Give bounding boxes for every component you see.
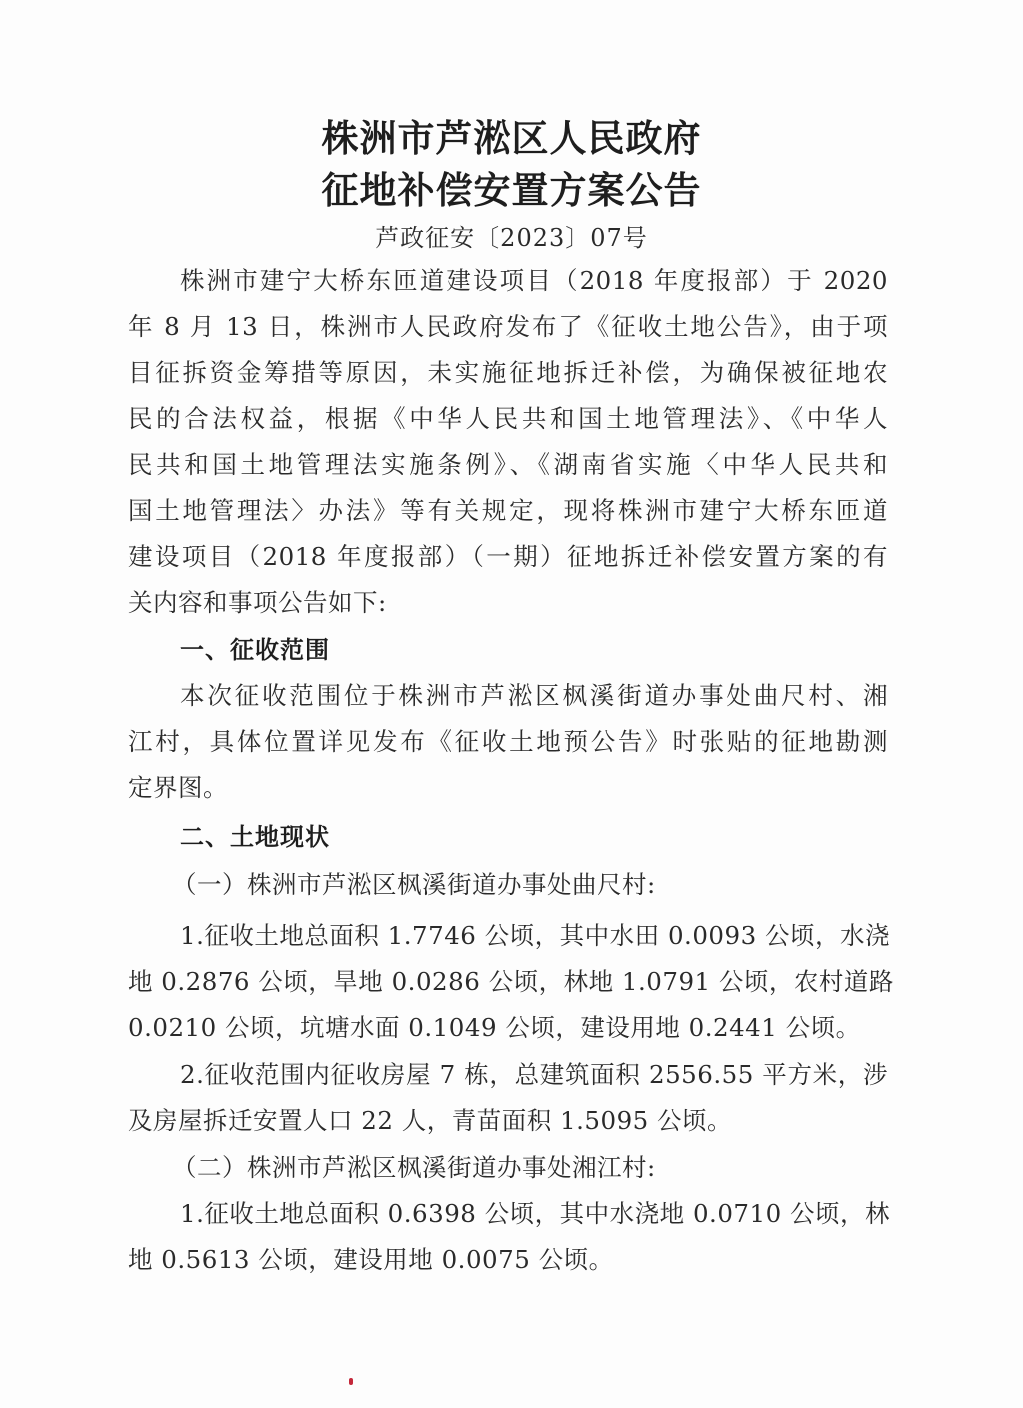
intro-line: 年 8 月 13 日，株洲市人民政府发布了《征收土地公告》，由于项 [128, 312, 888, 342]
intro-line: 株洲市建宁大桥东匝道建设项目（2018 年度报部）于 2020 [180, 266, 888, 296]
sub2-item1-line: 地 0.5613 公顷，建设用地 0.0075 公顷。 [128, 1245, 888, 1275]
sub2-item1-line: 1.征收土地总面积 0.6398 公顷，其中水浇地 0.0710 公顷，林 [180, 1199, 888, 1229]
intro-line: 建设项目（2018 年度报部）（一期）征地拆迁补偿安置方案的有 [128, 542, 888, 572]
sub1-item1-line: 0.0210 公顷，坑塘水面 0.1049 公顷，建设用地 0.2441 公顷。 [128, 1013, 888, 1043]
sub1-item2-line: 2.征收范围内征收房屋 7 栋，总建筑面积 2556.55 平方米，涉 [180, 1060, 888, 1090]
sub1-item1-line: 地 0.2876 公顷，旱地 0.0286 公顷，林地 1.0791 公顷，农村… [128, 967, 888, 997]
sub2-heading: （二）株洲市芦淞区枫溪街道办事处湘江村: [172, 1153, 880, 1183]
sub1-item1-line: 1.征收土地总面积 1.7746 公顷，其中水田 0.0093 公顷，水浇 [180, 921, 888, 951]
document-title-line1: 株洲市芦淞区人民政府 [0, 108, 1023, 162]
intro-line: 关内容和事项公告如下: [128, 588, 888, 618]
intro-line: 国土地管理法〉办法》等有关规定，现将株洲市建宁大桥东匝道 [128, 496, 888, 526]
section1-line: 定界图。 [128, 773, 888, 803]
section1-line: 本次征收范围位于株洲市芦淞区枫溪街道办事处曲尺村、湘 [180, 681, 888, 711]
sub1-item2-line: 及房屋拆迁安置人口 22 人，青苗面积 1.5095 公顷。 [128, 1106, 888, 1136]
intro-line: 民共和国土地管理法实施条例》、《湖南省实施〈中华人民共和 [128, 450, 888, 480]
intro-line: 民的合法权益，根据《中华人民共和国土地管理法》、《中华人 [128, 404, 888, 434]
document-page: 株洲市芦淞区人民政府 征地补偿安置方案公告 芦政征安〔2023〕07号 株洲市建… [0, 0, 1023, 1408]
section2-heading: 二、土地现状 [180, 822, 330, 852]
intro-line: 目征拆资金筹措等原因，未实施征地拆迁补偿，为确保被征地农 [128, 358, 888, 388]
document-title-line2: 征地补偿安置方案公告 [0, 160, 1023, 214]
sub1-heading: （一）株洲市芦淞区枫溪街道办事处曲尺村: [172, 870, 880, 900]
section1-heading: 一、征收范围 [180, 635, 330, 665]
section1-line: 江村，具体位置详见发布《征收土地预公告》时张贴的征地勘测 [128, 727, 888, 757]
red-ink-mark [349, 1378, 353, 1385]
document-number: 芦政征安〔2023〕07号 [0, 218, 1023, 253]
